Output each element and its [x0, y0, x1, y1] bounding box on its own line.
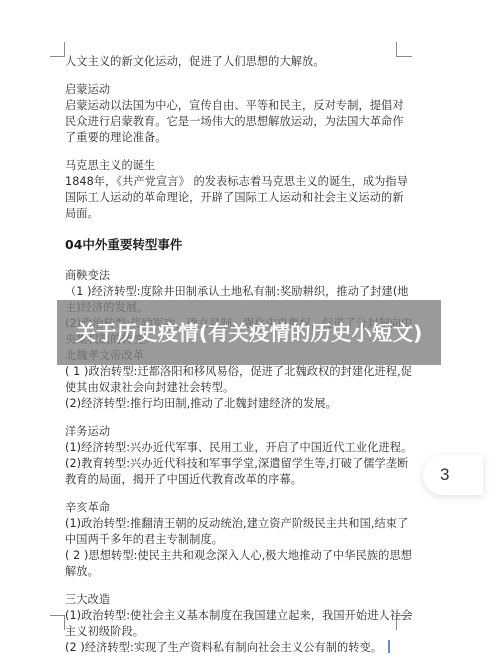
page-number-badge[interactable]: 3	[423, 455, 483, 495]
paragraph-line: 国际工人运动的革命理论，开辟了国际工人运动和社会主义运动的新	[65, 190, 405, 206]
event-three-transformations: 三大改造 (1)政治转型:使社会主义基本制度在我国建立起来，我国开始进人社会 主…	[65, 592, 405, 656]
intro-line: 人文主义的新文化运动，促进了人们思想的大解放。	[65, 54, 405, 70]
event-heading: 三大改造	[65, 592, 405, 608]
paragraph-line: (2)经济转型:推行均田制,推动了北魏封建经济的发展。	[65, 396, 405, 412]
event-heading: 洋务运动	[65, 424, 405, 440]
section-title: 04中外重要转型事件	[65, 236, 405, 254]
event-heading: 辛亥革命	[65, 500, 405, 516]
paragraph-line: ( 2 )思想转型:使民主共和观念深入人心,极大地推动了中华民族的思想	[65, 548, 405, 564]
paragraph-line: 了重要的理论准备。	[65, 130, 405, 146]
event-heading: 商鞅变法	[65, 268, 405, 284]
page-number: 3	[440, 465, 449, 485]
event-xinhai-revolution: 辛亥革命 (1)政治转型:推翻清王朝的反动统治,建立资产阶级民主共和国,结束了 …	[65, 500, 405, 580]
section-enlightenment: 启蒙运动 启蒙运动以法国为中心，宣传自由、平等和民主，反对专制，提倡对 民众进行…	[65, 82, 405, 146]
event-self-strengthening: 洋务运动 (1)经济转型:兴办近代军事、民用工业，开启了中国近代工业化进程。 (…	[65, 424, 405, 488]
paragraph-line-last: (2 )经济转型:实现了生产资料私有制向社会主义公有制的转变。	[65, 640, 405, 656]
paragraph-line: 启蒙运动以法国为中心，宣传自由、平等和民主，反对专制，提倡对	[65, 98, 405, 114]
overlay-title: 关于历史疫情(有关疫情的历史小短文)	[64, 320, 434, 346]
page-margin-corner-top-left	[50, 42, 65, 57]
paragraph-line: 使其由奴隶社会向封建社会转型。	[65, 380, 405, 396]
paragraph-line: (1)政治转型:推翻清王朝的反动统治,建立资产阶级民主共和国,结束了	[65, 516, 405, 532]
paragraph-line: 解放。	[65, 564, 405, 580]
paragraph-line: (2)教育转型:兴办近代科技和军事学堂,深遣留学生等,打破了儒学垄断	[65, 456, 405, 472]
paragraph-line: （1 )经济转型:度除井田制承认土地私有制:奖励耕织，推动了封建(地	[65, 284, 405, 300]
section-heading: 马克思主义的诞生	[65, 158, 405, 174]
page-margin-corner-bottom-left	[50, 615, 65, 630]
text-cursor	[388, 640, 390, 653]
paragraph-line: 局面。	[65, 206, 405, 222]
title-overlay-banner: 关于历史疫情(有关疫情的历史小短文)	[57, 300, 441, 365]
paragraph-text: (2 )经济转型:实现了生产资料私有制向社会主义公有制的转变。	[65, 641, 382, 654]
paragraph-line: 主义初级阶段。	[65, 624, 405, 640]
paragraph-line: 1848年，《共产党宣言》 的发表标志着马克思主义的诞生，成为指导	[65, 174, 405, 190]
paragraph-line: ( 1 )政治转型:迁都洛阳和移风易俗，促进了北魏政权的封建化进程,促	[65, 364, 405, 380]
paragraph-line: 教育的局面，揭开了中国近代教育改革的序幕。	[65, 472, 405, 488]
paragraph-line: 中国两千多年的君主专制制度。	[65, 532, 405, 548]
section-heading: 启蒙运动	[65, 82, 405, 98]
paragraph-line: (1)经济转型:兴办近代军事、民用工业，开启了中国近代工业化进程。	[65, 440, 405, 456]
paragraph-line: 民众进行启蒙教育。它是一场伟大的思想解放运动，为法国大革命作	[65, 114, 405, 130]
section-marxism: 马克思主义的诞生 1848年，《共产党宣言》 的发表标志着马克思主义的诞生，成为…	[65, 158, 405, 222]
document-page[interactable]: 人文主义的新文化运动，促进了人们思想的大解放。 启蒙运动 启蒙运动以法国为中心，…	[0, 0, 500, 666]
paragraph-line: (1)政治转型:使社会主义基本制度在我国建立起来，我国开始进人社会	[65, 608, 405, 624]
